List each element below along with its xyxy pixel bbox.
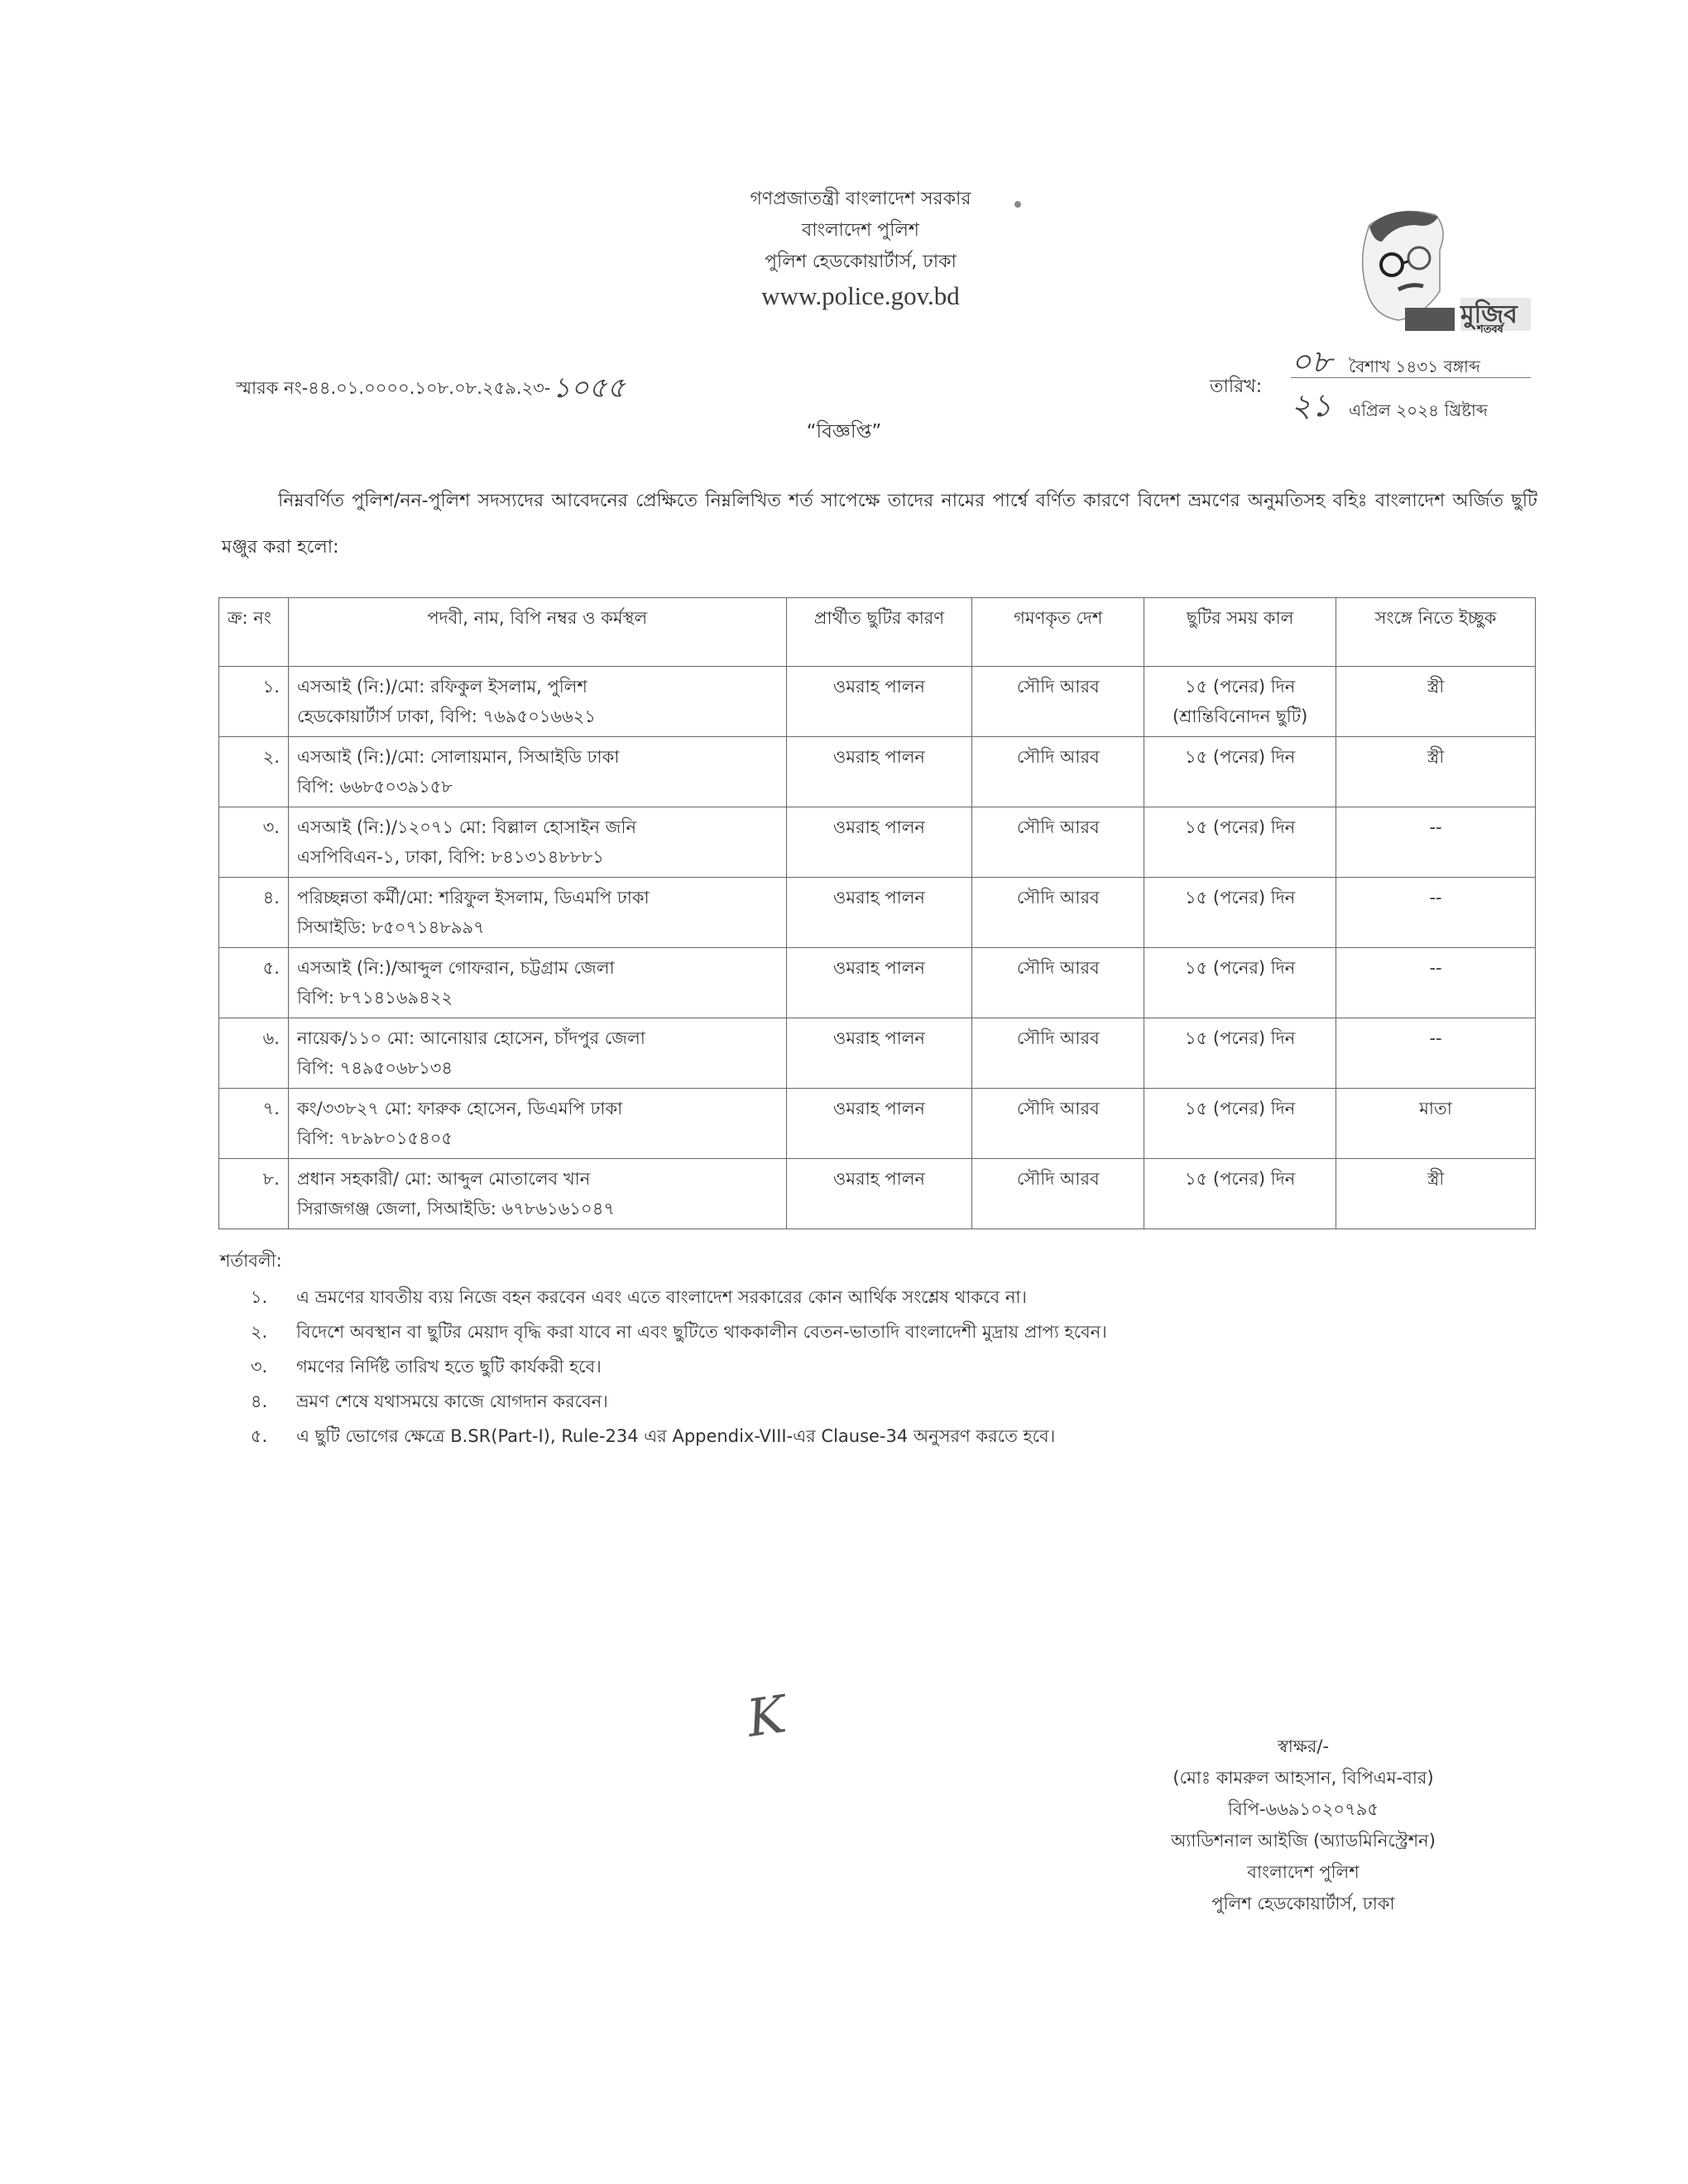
intro-paragraph: নিম্নবর্ণিত পুলিশ/নন-পুলিশ সদস্যদের আবেদ… <box>222 478 1537 571</box>
svg-text:শতবর্ষ: শতবর্ষ <box>1476 322 1505 333</box>
term-item: ২.বিদেশে অবস্থান বা ছুটির মেয়াদ বৃদ্ধি … <box>222 1315 1546 1349</box>
table-row: ২. এসআই (নি:)/মো: সোলায়মান, সিআইডি ঢাকা… <box>219 737 1536 807</box>
details-line-1: পরিচ্ছন্নতা কর্মী/মো: শরিফুল ইসলাম, ডিএম… <box>297 883 778 912</box>
duration-cell: ১৫ (পনের) দিন <box>1144 807 1336 878</box>
website-link[interactable]: www.police.gov.bd <box>629 278 1092 314</box>
col-header-companion: সংঙ্গে নিতে ইচ্ছুক <box>1336 598 1536 667</box>
memo-number: স্মারক নং-৪৪.০১.০০০০.১০৮.০৮.২৫৯.২৩-১০৫৫ <box>236 366 626 414</box>
term-item: ৪.ভ্রমণ শেষে যথাসময়ে কাজে যোগদান করবেন। <box>222 1384 1546 1419</box>
bengali-date: ০৮ বৈশাখ ১৪৩১ বঙ্গাব্দ <box>1291 338 1539 376</box>
serial-cell: ৭. <box>219 1089 289 1159</box>
details-cell: কং/৩৩৮২৭ মো: ফারুক হোসেন, ডিএমপি ঢাকা বি… <box>288 1089 786 1159</box>
duration-value: ১৫ (পনের) দিন <box>1153 883 1327 912</box>
details-line-2: সিআইডি: ৮৫০৭১৪৮৯৯৭ <box>297 912 778 942</box>
department-name: বাংলাদেশ পুলিশ <box>629 215 1092 247</box>
details-line-2: বিপি: ৮৭১৪১৬৯৪২২ <box>297 983 778 1013</box>
term-number: ১. <box>222 1280 296 1315</box>
country-cell: সৌদি আরব <box>972 1018 1144 1089</box>
gregorian-date: ২১ এপ্রিল ২০২৪ খ্রিষ্টাব্দ <box>1291 381 1539 419</box>
col-header-sl: ক্র: নং <box>219 598 289 667</box>
signatory-office: পুলিশ হেডকোয়ার্টার্স, ঢাকা <box>1076 1888 1531 1919</box>
table-row: ১. এসআই (নি:)/মো: রফিকুল ইসলাম, পুলিশ হে… <box>219 667 1536 737</box>
term-item: ৩.গমণের নির্দিষ্ট তারিখ হতে ছুটি কার্যকর… <box>222 1349 1546 1384</box>
country-cell: সৌদি আরব <box>972 737 1144 807</box>
table-row: ৮. প্রধান সহকারী/ মো: আব্দুল মোতালেব খান… <box>219 1159 1536 1229</box>
terms-title: শর্তাবলী: <box>220 1248 282 1276</box>
duration-cell: ১৫ (পনের) দিন <box>1144 1159 1336 1229</box>
term-text: গমণের নির্দিষ্ট তারিখ হতে ছুটি কার্যকরী … <box>296 1349 1546 1384</box>
table-row: ৪. পরিচ্ছন্নতা কর্মী/মো: শরিফুল ইসলাম, ড… <box>219 878 1536 948</box>
details-line-1: নায়েক/১১০ মো: আনোয়ার হোসেন, চাঁদপুর জে… <box>297 1023 778 1053</box>
country-cell: সৌদি আরব <box>972 1089 1144 1159</box>
col-header-duration: ছুটির সময় কাল <box>1144 598 1336 667</box>
details-line-2: বিপি: ৭৪৯৫০৬৮১৩৪ <box>297 1053 778 1083</box>
country-cell: সৌদি আরব <box>972 1159 1144 1229</box>
term-number: ২. <box>222 1315 296 1349</box>
leave-table: ক্র: নং পদবী, নাম, বিপি নম্বর ও কর্মস্থল… <box>218 597 1536 1229</box>
date-block: ০৮ বৈশাখ ১৪৩১ বঙ্গাব্দ ২১ এপ্রিল ২০২৪ খ্… <box>1291 338 1539 419</box>
term-number: ৩. <box>222 1349 296 1384</box>
companion-cell: স্ত্রী <box>1336 737 1536 807</box>
duration-cell: ১৫ (পনের) দিন <box>1144 737 1336 807</box>
term-text: এ ভ্রমণের যাবতীয় ব্যয় নিজে বহন করবেন এ… <box>296 1280 1546 1315</box>
mujib-centenary-logo-icon: মুজিব শতবর্ষ <box>1324 192 1531 333</box>
duration-value: ১৫ (পনের) দিন <box>1153 672 1327 702</box>
country-cell: সৌদি আরব <box>972 667 1144 737</box>
serial-cell: ১. <box>219 667 289 737</box>
companion-cell: -- <box>1336 878 1536 948</box>
details-line-1: প্রধান সহকারী/ মো: আব্দুল মোতালেব খান <box>297 1164 778 1194</box>
details-cell: পরিচ্ছন্নতা কর্মী/মো: শরিফুল ইসলাম, ডিএম… <box>288 878 786 948</box>
signatory-bp: বিপি-৬৬৯১০২০৭৯৫ <box>1076 1794 1531 1825</box>
duration-cell: ১৫ (পনের) দিন <box>1144 1089 1336 1159</box>
government-name: গণপ্রজাতন্ত্রী বাংলাদেশ সরকার <box>629 184 1092 215</box>
memo-label: স্মারক নং-৪৪.০১.০০০০.১০৮.০৮.২৫৯.২৩- <box>236 378 550 398</box>
details-line-1: এসআই (নি:)/আব্দুল গোফরান, চট্টগ্রাম জেলা <box>297 953 778 983</box>
table-header-row: ক্র: নং পদবী, নাম, বিপি নম্বর ও কর্মস্থল… <box>219 598 1536 667</box>
term-number: ৪. <box>222 1384 296 1419</box>
companion-cell: -- <box>1336 807 1536 878</box>
details-cell: এসআই (নি:)/১২০৭১ মো: বিল্লাল হোসাইন জনি … <box>288 807 786 878</box>
table-row: ৬. নায়েক/১১০ মো: আনোয়ার হোসেন, চাঁদপুর… <box>219 1018 1536 1089</box>
details-line-2: বিপি: ৬৬৮৫০৩৯১৫৮ <box>297 772 778 802</box>
serial-cell: ৮. <box>219 1159 289 1229</box>
duration-cell: ১৫ (পনের) দিন (শ্রান্তিবিনোদন ছুটি) <box>1144 667 1336 737</box>
reason-cell: ওমরাহ পালন <box>786 878 972 948</box>
table-row: ৭. কং/৩৩৮২৭ মো: ফারুক হোসেন, ডিএমপি ঢাকা… <box>219 1089 1536 1159</box>
duration-value: ১৫ (পনের) দিন <box>1153 1023 1327 1053</box>
term-text: ভ্রমণ শেষে যথাসময়ে কাজে যোগদান করবেন। <box>296 1384 1546 1419</box>
serial-cell: ৬. <box>219 1018 289 1089</box>
serial-cell: ৩. <box>219 807 289 878</box>
duration-cell: ১৫ (পনের) দিন <box>1144 878 1336 948</box>
serial-cell: ৫. <box>219 948 289 1018</box>
col-header-details: পদবী, নাম, বিপি নম্বর ও কর্মস্থল <box>288 598 786 667</box>
signed-label: স্বাক্ষর/- <box>1076 1731 1531 1762</box>
bengali-month-year: বৈশাখ ১৪৩১ বঙ্গাব্দ <box>1349 355 1480 382</box>
reason-cell: ওমরাহ পালন <box>786 1089 972 1159</box>
col-header-reason: প্রার্থীত ছুটির কারণ <box>786 598 972 667</box>
duration-cell: ১৫ (পনের) দিন <box>1144 1018 1336 1089</box>
country-cell: সৌদি আরব <box>972 807 1144 878</box>
letterhead: গণপ্রজাতন্ত্রী বাংলাদেশ সরকার বাংলাদেশ প… <box>629 184 1092 314</box>
duration-note: (শ্রান্তিবিনোদন ছুটি) <box>1153 702 1327 731</box>
companion-cell: স্ত্রী <box>1336 1159 1536 1229</box>
ink-speck <box>1014 201 1021 208</box>
duration-value: ১৫ (পনের) দিন <box>1153 953 1327 983</box>
duration-value: ১৫ (পনের) দিন <box>1153 812 1327 842</box>
reason-cell: ওমরাহ পালন <box>786 737 972 807</box>
table-row: ৫. এসআই (নি:)/আব্দুল গোফরান, চট্টগ্রাম জ… <box>219 948 1536 1018</box>
details-cell: নায়েক/১১০ মো: আনোয়ার হোসেন, চাঁদপুর জে… <box>288 1018 786 1089</box>
companion-cell: স্ত্রী <box>1336 667 1536 737</box>
details-line-1: এসআই (নি:)/১২০৭১ মো: বিল্লাল হোসাইন জনি <box>297 812 778 842</box>
signatory-department: বাংলাদেশ পুলিশ <box>1076 1856 1531 1888</box>
companion-cell: -- <box>1336 1018 1536 1089</box>
term-item: ১.এ ভ্রমণের যাবতীয় ব্যয় নিজে বহন করবেন… <box>222 1280 1546 1315</box>
table-row: ৩. এসআই (নি:)/১২০৭১ মো: বিল্লাল হোসাইন জ… <box>219 807 1536 878</box>
companion-cell: -- <box>1336 948 1536 1018</box>
details-line-2: বিপি: ৭৮৯৮০১৫৪০৫ <box>297 1123 778 1153</box>
reason-cell: ওমরাহ পালন <box>786 807 972 878</box>
country-cell: সৌদি আরব <box>972 948 1144 1018</box>
details-line-1: এসআই (নি:)/মো: রফিকুল ইসলাম, পুলিশ <box>297 672 778 702</box>
notice-title: “বিজ্ঞপ্তি” <box>0 416 1688 448</box>
serial-cell: ৪. <box>219 878 289 948</box>
col-header-country: গমণকৃত দেশ <box>972 598 1144 667</box>
details-line-2: এসপিবিএন-১, ঢাকা, বিপি: ৮৪১৩১৪৮৮৮১ <box>297 842 778 872</box>
details-line-2: সিরাজগঞ্জ জেলা, সিআইডি: ৬৭৮৬১৬১০৪৭ <box>297 1194 778 1224</box>
initial-signature-mark: K <box>743 1683 789 1749</box>
reason-cell: ওমরাহ পালন <box>786 948 972 1018</box>
country-cell: সৌদি আরব <box>972 878 1144 948</box>
details-line-2: হেডকোয়ার্টার্স ঢাকা, বিপি: ৭৬৯৫০১৬৬২১ <box>297 702 778 731</box>
duration-value: ১৫ (পনের) দিন <box>1153 1094 1327 1123</box>
duration-value: ১৫ (পনের) দিন <box>1153 742 1327 772</box>
duration-cell: ১৫ (পনের) দিন <box>1144 948 1336 1018</box>
signature-block: স্বাক্ষর/- (মোঃ কামরুল আহসান, বিপিএম-বার… <box>1076 1731 1531 1919</box>
term-item: ৫.এ ছুটি ভোগের ক্ষেত্রে B.SR(Part-I), Ru… <box>222 1419 1546 1454</box>
term-text: বিদেশে অবস্থান বা ছুটির মেয়াদ বৃদ্ধি কর… <box>296 1315 1546 1349</box>
details-line-1: কং/৩৩৮২৭ মো: ফারুক হোসেন, ডিএমপি ঢাকা <box>297 1094 778 1123</box>
serial-cell: ২. <box>219 737 289 807</box>
term-text: এ ছুটি ভোগের ক্ষেত্রে B.SR(Part-I), Rule… <box>296 1419 1546 1454</box>
details-cell: এসআই (নি:)/মো: রফিকুল ইসলাম, পুলিশ হেডকো… <box>288 667 786 737</box>
reason-cell: ওমরাহ পালন <box>786 1018 972 1089</box>
office-name: পুলিশ হেডকোয়ার্টার্স, ঢাকা <box>629 247 1092 278</box>
companion-cell: মাতা <box>1336 1089 1536 1159</box>
reason-cell: ওমরাহ পালন <box>786 667 972 737</box>
signatory-designation: অ্যাডিশনাল আইজি (অ্যাডমিনিস্ট্রেশন) <box>1076 1825 1531 1856</box>
memo-handwritten-number: ১০৫৫ <box>552 371 625 405</box>
details-cell: প্রধান সহকারী/ মো: আব্দুল মোতালেব খান সি… <box>288 1159 786 1229</box>
signatory-name: (মোঃ কামরুল আহসান, বিপিএম-বার) <box>1076 1762 1531 1794</box>
reason-cell: ওমরাহ পালন <box>786 1159 972 1229</box>
term-number: ৫. <box>222 1419 296 1454</box>
terms-list: ১.এ ভ্রমণের যাবতীয় ব্যয় নিজে বহন করবেন… <box>222 1280 1546 1454</box>
duration-value: ১৫ (পনের) দিন <box>1153 1164 1327 1194</box>
details-cell: এসআই (নি:)/মো: সোলায়মান, সিআইডি ঢাকা বি… <box>288 737 786 807</box>
details-line-1: এসআই (নি:)/মো: সোলায়মান, সিআইডি ঢাকা <box>297 742 778 772</box>
date-label: তারিখ: <box>1210 372 1262 403</box>
details-cell: এসআই (নি:)/আব্দুল গোফরান, চট্টগ্রাম জেলা… <box>288 948 786 1018</box>
